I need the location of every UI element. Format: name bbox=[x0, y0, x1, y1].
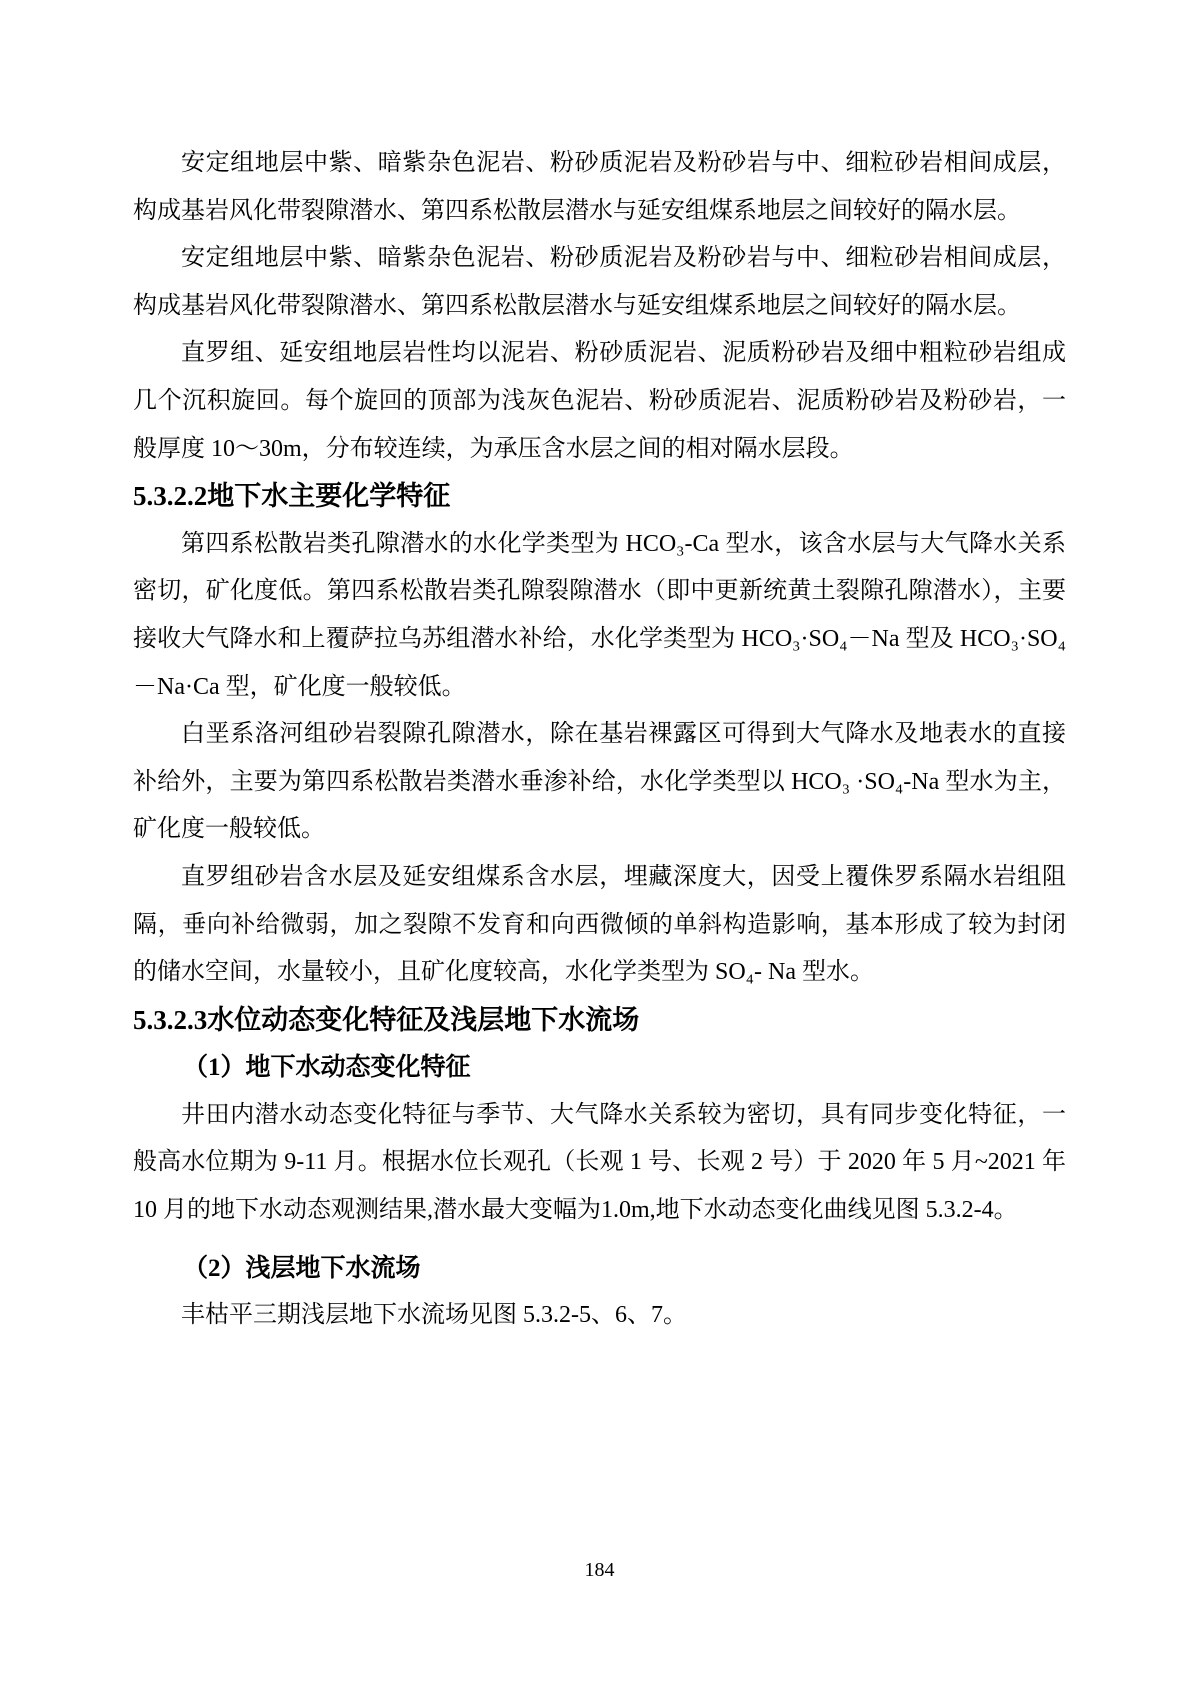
paragraph: 井田内潜水动态变化特征与季节、大气降水关系较为密切，具有同步变化特征，一般高水位… bbox=[133, 1092, 1066, 1235]
section-heading-5-3-2-3: 5.3.2.3水位动态变化特征及浅层地下水流场 bbox=[133, 997, 1066, 1045]
subsection-number: （1） bbox=[183, 1054, 246, 1081]
document-page: 安定组地层中紫、暗紫杂色泥岩、粉砂质泥岩及粉砂岩与中、细粒砂岩相间成层，构成基岩… bbox=[0, 0, 1199, 1696]
section-title: 水位动态变化特征及浅层地下水流场 bbox=[207, 1005, 639, 1035]
paragraph: 白垩系洛河组砂岩裂隙孔隙潜水，除在基岩裸露区可得到大气降水及地表水的直接补给外，… bbox=[133, 711, 1066, 854]
section-number: 5.3.2.3 bbox=[133, 1005, 207, 1035]
subsection-number: （2） bbox=[183, 1255, 246, 1282]
document-content: 安定组地层中紫、暗紫杂色泥岩、粉砂质泥岩及粉砂岩与中、细粒砂岩相间成层，构成基岩… bbox=[133, 140, 1066, 1340]
paragraph: 第四系松散岩类孔隙潜水的水化学类型为 HCO₃-Ca 型水，该含水层与大气降水关… bbox=[133, 521, 1066, 711]
subsection-title: 地下水动态变化特征 bbox=[246, 1053, 471, 1081]
paragraph: 直罗组砂岩含水层及延安组煤系含水层，埋藏深度大，因受上覆侏罗系隔水岩组阻隔，垂向… bbox=[133, 854, 1066, 997]
paragraph: 直罗组、延安组地层岩性均以泥岩、粉砂质泥岩、泥质粉砂岩及细中粗粒砂岩组成几个沉积… bbox=[133, 330, 1066, 473]
section-title: 地下水主要化学特征 bbox=[207, 481, 450, 511]
section-heading-5-3-2-2: 5.3.2.2地下水主要化学特征 bbox=[133, 473, 1066, 521]
paragraph: 丰枯平三期浅层地下水流场见图 5.3.2-5、6、7。 bbox=[133, 1292, 1066, 1340]
paragraph: 安定组地层中紫、暗紫杂色泥岩、粉砂质泥岩及粉砂岩与中、细粒砂岩相间成层，构成基岩… bbox=[133, 140, 1066, 235]
paragraph: 安定组地层中紫、暗紫杂色泥岩、粉砂质泥岩及粉砂岩与中、细粒砂岩相间成层，构成基岩… bbox=[133, 235, 1066, 330]
subsection-title: 浅层地下水流场 bbox=[246, 1254, 421, 1282]
page-number: 184 bbox=[0, 1556, 1199, 1584]
subsection-heading-1: （1）地下水动态变化特征 bbox=[133, 1044, 1066, 1092]
section-number: 5.3.2.2 bbox=[133, 481, 207, 511]
subsection-heading-2: （2）浅层地下水流场 bbox=[133, 1245, 1066, 1293]
